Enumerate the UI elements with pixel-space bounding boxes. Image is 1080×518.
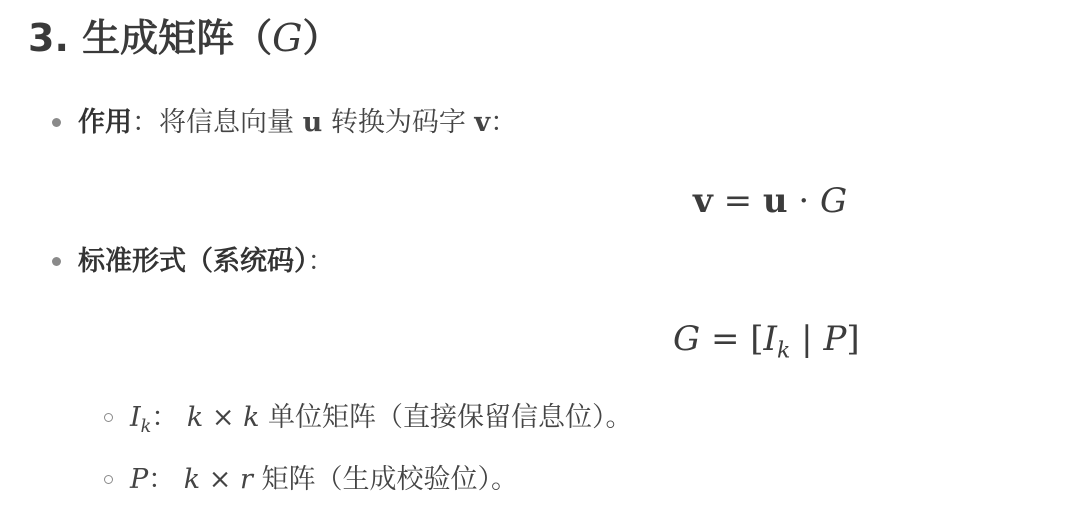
heading-symbol: G <box>272 16 302 60</box>
math-i: I <box>130 402 141 433</box>
math-var-u: u <box>303 107 323 138</box>
section-heading: 3. 生成矩阵（G） <box>28 10 341 66</box>
item-sep: ： <box>132 107 159 138</box>
math-subscript-k: k <box>777 338 790 364</box>
math-times: × <box>200 464 240 495</box>
math-equals: = <box>713 181 763 221</box>
sub-item-identity: Ik： k × k 单位矩阵（直接保留信息位）。 <box>130 398 633 447</box>
math-g: G <box>673 319 700 359</box>
item-text: 矩阵（生成校验位）。 <box>253 464 518 495</box>
math-dot: · <box>788 181 820 221</box>
math-equals: = <box>700 319 750 359</box>
bullet-icon <box>52 118 61 127</box>
sub-bullet-icon <box>104 413 113 422</box>
math-v: v <box>693 181 713 221</box>
item-label: 标准形式（系统码） <box>78 246 308 277</box>
math-k: k <box>187 402 203 433</box>
heading-close: ） <box>303 16 341 60</box>
sub-item-parity: P： k × r 矩阵（生成校验位）。 <box>130 460 518 500</box>
item-text: 单位矩阵（直接保留信息位）。 <box>259 402 632 433</box>
math-subscript-k: k <box>141 417 152 437</box>
math-k: k <box>243 402 259 433</box>
math-times: × <box>203 402 243 433</box>
item-text: 将信息向量 <box>159 107 303 138</box>
heading-number: 3. <box>28 16 69 60</box>
math-k: k <box>184 464 200 495</box>
equation-encoding: v = u · G <box>693 176 847 226</box>
list-item-standard-form: 标准形式（系统码）： <box>78 242 335 282</box>
item-text: 转换为码字 <box>322 107 474 138</box>
math-bracket-close: ] <box>846 319 859 359</box>
item-end: ： <box>490 107 517 138</box>
math-r: r <box>240 464 253 495</box>
math-var-v: v <box>474 107 490 138</box>
item-sep: ： <box>308 246 335 277</box>
heading-title: 生成矩阵（ <box>82 16 272 60</box>
math-i: I <box>764 319 777 359</box>
math-bracket-open: [ <box>750 319 763 359</box>
item-label: 作用 <box>78 107 132 138</box>
sub-bullet-icon <box>104 475 113 484</box>
math-g: G <box>820 181 847 221</box>
bullet-icon <box>52 257 61 266</box>
math-bar: | <box>790 319 823 359</box>
equation-generator-form: G = [Ik | P] <box>673 314 860 376</box>
math-p: P <box>130 464 148 495</box>
math-u: u <box>763 181 788 221</box>
list-item-purpose: 作用：将信息向量 u 转换为码字 v： <box>78 103 517 143</box>
item-sep: ： <box>148 464 184 495</box>
item-sep: ： <box>151 402 187 433</box>
math-p: P <box>823 319 846 359</box>
